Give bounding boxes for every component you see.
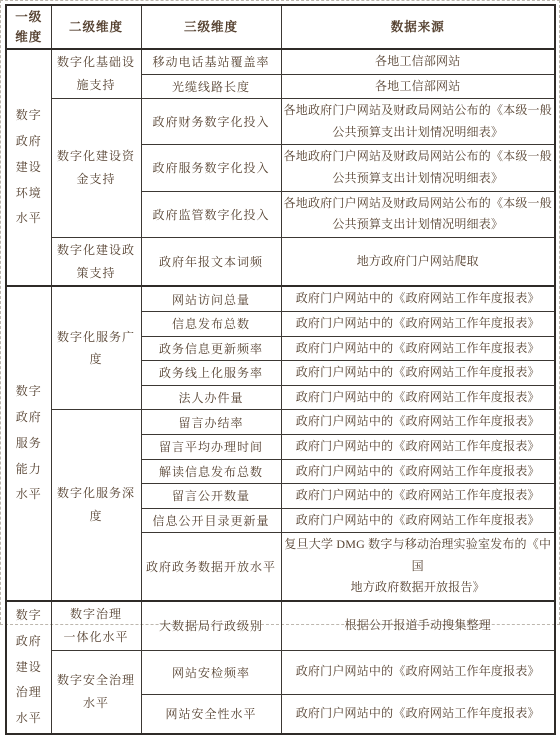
metric-cell: 光缆线路长度 [141, 74, 281, 99]
level1-cell-governance: 数字 政府 建设 治理 水平 [6, 601, 51, 734]
table-row: 数字安全治理 水平 网站安检频率 政府门户网站中的《政府网站工作年度报表》 [6, 650, 555, 694]
source-cell: 政府门户网站中的《政府网站工作年度报表》 [281, 410, 555, 435]
level2-cell-funding: 数字化建设资 金支持 [51, 99, 141, 238]
metric-cell: 政府年报文本词频 [141, 237, 281, 286]
table-row: 数字 政府 建设 环境 水平 数字化基础设 施支持 移动电话基站覆盖率 各地工信… [6, 49, 555, 74]
source-cell: 各地政府门户网站及财政局网站公布的《本级一般 公共预算支出计划情况明细表》 [281, 191, 555, 237]
metric-cell: 大数据局行政级别 [141, 601, 281, 650]
level2-cell-breadth: 数字化服务广 度 [51, 286, 141, 409]
table-row: 数字化建设资 金支持 政府财务数字化投入 各地政府门户网站及财政局网站公布的《本… [6, 99, 555, 145]
source-cell: 政府门户网站中的《政府网站工作年度报表》 [281, 361, 555, 386]
level1-cell-environment: 数字 政府 建设 环境 水平 [6, 49, 51, 286]
level2-cell-security: 数字安全治理 水平 [51, 650, 141, 734]
source-cell: 各地工信部网站 [281, 74, 555, 99]
metric-cell: 网站访问总量 [141, 286, 281, 311]
header-row: 一级 维度 二级维度 三级维度 数据来源 [6, 5, 555, 49]
source-cell: 政府门户网站中的《政府网站工作年度报表》 [281, 694, 555, 734]
metric-cell: 政务线上化服务率 [141, 361, 281, 386]
table-row: 数字化建设政 策支持 政府年报文本词频 地方政府门户网站爬取 [6, 237, 555, 286]
metric-cell: 政府财务数字化投入 [141, 99, 281, 145]
metric-cell: 留言平均办理时间 [141, 434, 281, 459]
source-cell: 复旦大学 DMG 数字与移动治理实验室发布的《中国 地方政府数据开放报告》 [281, 533, 555, 601]
source-cell: 根据公开报道手动搜集整理 [281, 601, 555, 650]
source-cell: 各地工信部网站 [281, 49, 555, 74]
table-row: 数字 政府 服务 能力 水平 数字化服务广 度 网站访问总量 政府门户网站中的《… [6, 286, 555, 311]
source-cell: 各地政府门户网站及财政局网站公布的《本级一般 公共预算支出计划情况明细表》 [281, 99, 555, 145]
metric-cell: 信息公开目录更新量 [141, 508, 281, 533]
header-level2: 二级维度 [51, 5, 141, 49]
level2-cell-integration: 数字治理 一体化水平 [51, 601, 141, 650]
metric-cell: 政务信息更新频率 [141, 336, 281, 361]
level2-cell-depth: 数字化服务深 度 [51, 410, 141, 601]
table-row: 数字 政府 建设 治理 水平 数字治理 一体化水平 大数据局行政级别 根据公开报… [6, 601, 555, 650]
metric-cell: 网站安全性水平 [141, 694, 281, 734]
source-cell: 政府门户网站中的《政府网站工作年度报表》 [281, 336, 555, 361]
source-cell: 政府门户网站中的《政府网站工作年度报表》 [281, 508, 555, 533]
source-cell: 政府门户网站中的《政府网站工作年度报表》 [281, 484, 555, 509]
source-cell: 政府门户网站中的《政府网站工作年度报表》 [281, 286, 555, 311]
metric-cell: 解读信息发布总数 [141, 459, 281, 484]
source-cell: 各地政府门户网站及财政局网站公布的《本级一般 公共预算支出计划情况明细表》 [281, 145, 555, 191]
header-level3: 三级维度 [141, 5, 281, 49]
header-level1: 一级 维度 [6, 5, 51, 49]
source-cell: 地方政府门户网站爬取 [281, 237, 555, 286]
metric-cell: 政府监管数字化投入 [141, 191, 281, 237]
metric-cell: 留言办结率 [141, 410, 281, 435]
metric-cell: 法人办件量 [141, 385, 281, 410]
source-cell: 政府门户网站中的《政府网站工作年度报表》 [281, 311, 555, 336]
source-cell: 政府门户网站中的《政府网站工作年度报表》 [281, 459, 555, 484]
level1-cell-service: 数字 政府 服务 能力 水平 [6, 286, 51, 601]
metric-cell: 网站安检频率 [141, 650, 281, 694]
metric-cell: 政府政务数据开放水平 [141, 533, 281, 601]
metric-cell: 移动电话基站覆盖率 [141, 49, 281, 74]
page-boundary: 一级 维度 二级维度 三级维度 数据来源 数字 政府 建设 环境 水平 数字化基… [0, 0, 560, 625]
source-cell: 政府门户网站中的《政府网站工作年度报表》 [281, 650, 555, 694]
level2-cell-policy: 数字化建设政 策支持 [51, 237, 141, 286]
level2-cell-infrastructure: 数字化基础设 施支持 [51, 49, 141, 99]
indicator-table: 一级 维度 二级维度 三级维度 数据来源 数字 政府 建设 环境 水平 数字化基… [5, 4, 556, 735]
source-cell: 政府门户网站中的《政府网站工作年度报表》 [281, 385, 555, 410]
metric-cell: 信息发布总数 [141, 311, 281, 336]
header-source: 数据来源 [281, 5, 555, 49]
metric-cell: 留言公开数量 [141, 484, 281, 509]
metric-cell: 政府服务数字化投入 [141, 145, 281, 191]
source-cell: 政府门户网站中的《政府网站工作年度报表》 [281, 434, 555, 459]
table-row: 数字化服务深 度 留言办结率 政府门户网站中的《政府网站工作年度报表》 [6, 410, 555, 435]
